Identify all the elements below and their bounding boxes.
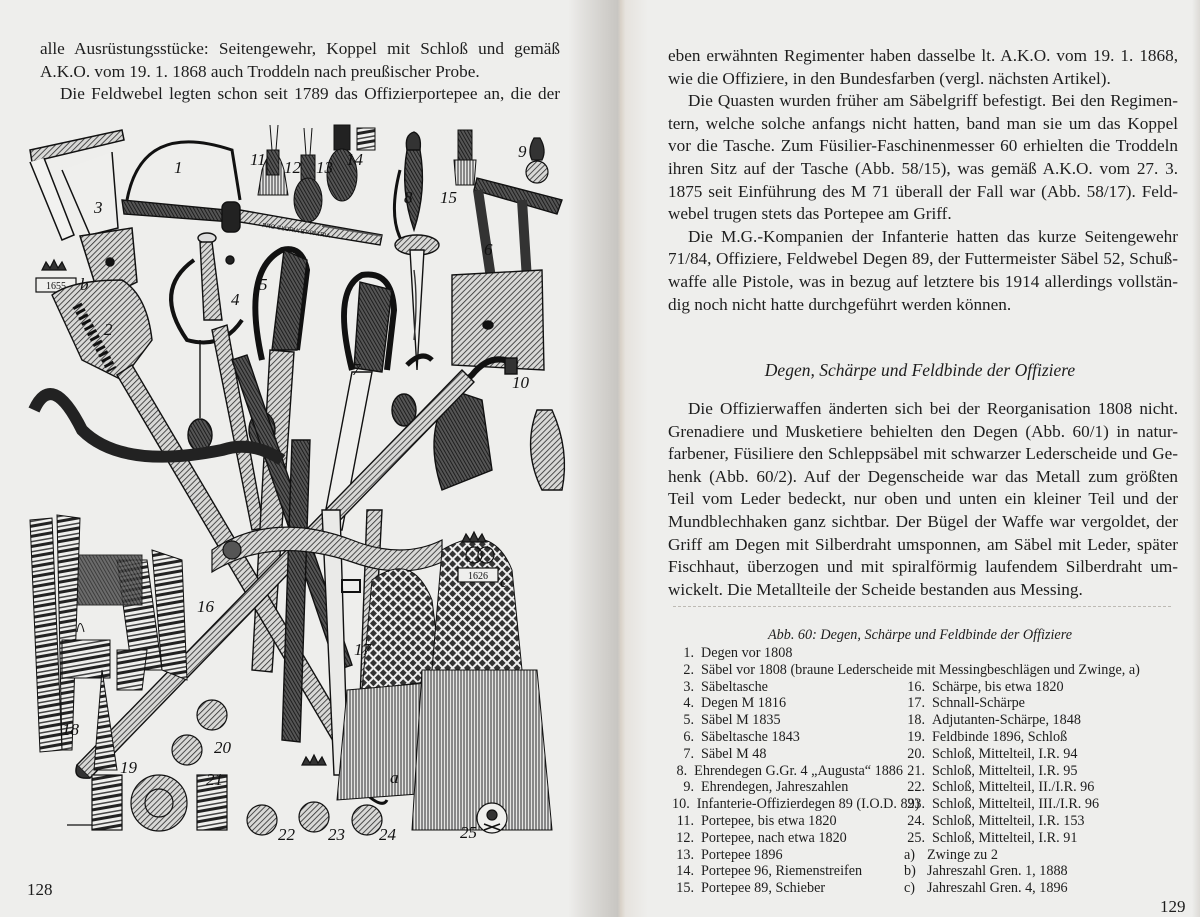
text-line: eben erwähnten Regimenter haben dasselbe…: [668, 45, 1178, 68]
legend-row: 4.Degen M 181617.Schnall-Schärpe: [672, 695, 1192, 712]
text-line: Die Feldwebel legten schon seit 1789 das…: [40, 83, 560, 106]
text-line: Griff am Degen mit Silberdraht umsponnen…: [668, 534, 1178, 557]
legend-text: Säbel vor 1808 (braune Lederscheide mit …: [701, 662, 1140, 679]
figure-label: 6: [484, 240, 493, 260]
legend-text: Jahreszahl Gren. 1, 1888: [927, 863, 1068, 880]
figure-label: 18: [62, 720, 79, 740]
legend-row: 14.Portepee 96, Riemenstreifenb)Jahresza…: [672, 863, 1192, 880]
section-heading: Degen, Schärpe und Feldbinde der Offizie…: [640, 360, 1200, 381]
legend-text: Schnall-Schärpe: [932, 695, 1025, 712]
legend-item: 6.Säbeltasche 1843: [672, 729, 903, 746]
legend-text: Säbeltasche 1843: [701, 729, 800, 746]
page-edge: [1192, 0, 1200, 917]
text-line: vor die Tasche. Zum Füsilier-Faschinenme…: [668, 135, 1178, 158]
legend-number: 22.: [903, 779, 925, 796]
item-6-saebeltasche: [452, 178, 562, 370]
figure-label: 1: [174, 158, 183, 178]
figure-label: 24: [379, 825, 396, 845]
figure-label: 9: [518, 142, 527, 162]
item-9-ehrendegen-pommel: [526, 138, 548, 183]
figure-label: 5: [259, 275, 268, 295]
figure-label: 22: [278, 825, 295, 845]
legend-text: Säbeltasche: [701, 679, 768, 696]
legend-number: 2.: [672, 662, 694, 679]
figure-label: 12: [284, 158, 301, 178]
legend-number: 24.: [903, 813, 925, 830]
legend-number: 19.: [903, 729, 925, 746]
legend-number: 23.: [903, 796, 925, 813]
figure-label: 10: [512, 373, 529, 393]
legend-row: 11.Portepee, bis etwa 182024.Schloß, Mit…: [672, 813, 1192, 830]
legend-text: Schloß, Mittelteil, II./I.R. 96: [932, 779, 1094, 796]
legend-text: Jahreszahl Gren. 4, 1896: [927, 880, 1068, 897]
legend-row: 6.Säbeltasche 184319.Feldbinde 1896, Sch…: [672, 729, 1192, 746]
legend-number: 15.: [672, 880, 694, 897]
legend-number: 9.: [672, 779, 694, 796]
legend-item: 3.Säbeltasche: [672, 679, 903, 696]
text-line: farbener, Füsiliere den Schleppsäbel mit…: [668, 443, 1178, 466]
legend-item: 23.Schloß, Mittelteil, III./I.R. 96: [903, 796, 1099, 813]
page-number-left: 128: [27, 880, 53, 900]
item-8-ehrendegen: [394, 132, 439, 370]
legend-item: b)Jahreszahl Gren. 1, 1888: [903, 863, 1068, 880]
figure-label: 25: [460, 823, 477, 843]
legend-item: 12.Portepee, nach etwa 1820: [672, 830, 903, 847]
item-15-portepee: [454, 130, 476, 185]
left-page: alle Ausrüstungsstücke: Seitengewehr, Ko…: [0, 0, 600, 917]
legend-row: 9.Ehrendegen, Jahreszahlen22.Schloß, Mit…: [672, 779, 1192, 796]
right-page-text-upper: eben erwähnten Regimenter haben dasselbe…: [668, 45, 1178, 316]
legend-text: Schärpe, bis etwa 1820: [932, 679, 1064, 696]
item-19-feldbinde-schloss: [67, 775, 227, 831]
legend-item: 2. Säbel vor 1808 (braune Lederscheide m…: [672, 662, 1192, 679]
text-line: dig noch nicht hatte durchgeführt werden…: [668, 294, 1178, 317]
text-line: tern, welche solche anfangs nicht hatten…: [668, 113, 1178, 136]
item-14-riemenstreifen: [357, 128, 375, 150]
legend-number: c): [903, 880, 923, 897]
text-line: wie die Offiziere, in den Bundesfarben (…: [668, 68, 1178, 91]
legend-number: 14.: [672, 863, 694, 880]
legend-row: 10.Infanterie-Offizierdegen 89 (I.O.D. 8…: [672, 796, 1192, 813]
text-line: Mundblechhaken ganz sichtbar. Der Bügel …: [668, 511, 1178, 534]
figure-label: 19: [120, 758, 137, 778]
weapons-engraving-figure: 1655 PRO GLORIA ET PATRIA: [22, 110, 578, 870]
legend-text: Portepee 1896: [701, 847, 783, 864]
text-line: henk (Abb. 60/2). Auf der Degenscheide w…: [668, 466, 1178, 489]
legend-item: 14.Portepee 96, Riemenstreifen: [672, 863, 903, 880]
legend-row: 8.Ehrendegen G.Gr. 4 „Augusta“ 188621.Sc…: [672, 763, 1192, 780]
figure-label: 23: [328, 825, 345, 845]
figure-legend: 1. Degen vor 1808 2. Säbel vor 1808 (bra…: [672, 645, 1192, 897]
item-20-button: [197, 700, 227, 730]
legend-number: 18.: [903, 712, 925, 729]
legend-item: 19.Feldbinde 1896, Schloß: [903, 729, 1067, 746]
text-line: Die Quasten wurden früher am Säbelgriff …: [668, 90, 1178, 113]
legend-number: 8.: [672, 763, 687, 780]
text-line: Die Offizierwaffen änderten sich bei der…: [668, 398, 1178, 421]
figure-label: 3: [94, 198, 103, 218]
legend-number: b): [903, 863, 923, 880]
text-line: waffe alle Pistole, was in bezug auf let…: [668, 271, 1178, 294]
legend-item: 9.Ehrendegen, Jahreszahlen: [672, 779, 903, 796]
figure-label: b: [80, 275, 89, 295]
figure-label: 21: [206, 770, 223, 790]
legend-text: Säbel M 1835: [701, 712, 781, 729]
legend-row: 15.Portepee 89, Schieberc)Jahreszahl Gre…: [672, 880, 1192, 897]
legend-item: 20.Schloß, Mittelteil, I.R. 94: [903, 746, 1077, 763]
text-line: 71/84, Offiziere, Feldwebel Degen 89, de…: [668, 248, 1178, 271]
legend-number: 25.: [903, 830, 925, 847]
legend-text: Schloß, Mittelteil, I.R. 94: [932, 746, 1077, 763]
figure-label: 16: [197, 597, 214, 617]
legend-item: 16.Schärpe, bis etwa 1820: [903, 679, 1064, 696]
legend-item: 8.Ehrendegen G.Gr. 4 „Augusta“ 1886: [672, 763, 903, 780]
legend-text: Ehrendegen, Jahreszahlen: [701, 779, 848, 796]
legend-text: Portepee, bis etwa 1820: [701, 813, 837, 830]
engraving-illustration: 1655 PRO GLORIA ET PATRIA: [22, 110, 578, 870]
legend-row: 5.Säbel M 183518.Adjutanten-Schärpe, 184…: [672, 712, 1192, 729]
text-line: Teil vom Leder bedeckt, nur oben und unt…: [668, 488, 1178, 511]
legend-number: 3.: [672, 679, 694, 696]
figure-caption-title: Abb. 60: Degen, Schärpe und Feldbinde de…: [640, 627, 1200, 644]
legend-text: Degen vor 1808: [701, 645, 792, 662]
legend-row: 12.Portepee, nach etwa 182025.Schloß, Mi…: [672, 830, 1192, 847]
legend-item: 17.Schnall-Schärpe: [903, 695, 1025, 712]
legend-number: 5.: [672, 712, 694, 729]
legend-number: a): [903, 847, 923, 864]
figure-label: 17: [354, 640, 371, 660]
legend-number: 7.: [672, 746, 694, 763]
left-page-text: alle Ausrüstungsstücke: Seitengewehr, Ko…: [40, 38, 560, 106]
figure-label: a: [390, 768, 399, 788]
legend-number: 21.: [903, 763, 925, 780]
text-line: webel trugen stets das Portepee am Griff…: [668, 203, 1178, 226]
legend-item: a)Zwinge zu 2: [903, 847, 998, 864]
legend-text: Schloß, Mittelteil, I.R. 91: [932, 830, 1077, 847]
text-line: wickelt. Die Metallteile der Scheide bes…: [668, 579, 1178, 602]
svg-text:1626: 1626: [468, 571, 488, 582]
legend-number: 6.: [672, 729, 694, 746]
legend-number: 1.: [672, 645, 694, 662]
legend-text: Portepee 96, Riemenstreifen: [701, 863, 862, 880]
legend-text: Portepee, nach etwa 1820: [701, 830, 847, 847]
legend-item: 15.Portepee 89, Schieber: [672, 880, 903, 897]
legend-text: Portepee 89, Schieber: [701, 880, 825, 897]
right-page-text-lower: Die Offizierwaffen änderten sich bei der…: [668, 398, 1178, 601]
figure-label: 2: [104, 320, 113, 340]
legend-number: 20.: [903, 746, 925, 763]
legend-number: 4.: [672, 695, 694, 712]
page-number-right: 129: [1160, 897, 1186, 917]
figure-label: 8: [404, 188, 413, 208]
legend-item: c)Jahreszahl Gren. 4, 1896: [903, 880, 1068, 897]
legend-text: Schloß, Mittelteil, I.R. 153: [932, 813, 1085, 830]
legend-text: Schloß, Mittelteil, III./I.R. 96: [932, 796, 1099, 813]
text-line: Die M.G.-Kompanien der Infanterie hatten…: [668, 226, 1178, 249]
legend-item: 22.Schloß, Mittelteil, II./I.R. 96: [903, 779, 1094, 796]
figure-label: 15: [440, 188, 457, 208]
text-line: Grenadiere und Musketiere behielten den …: [668, 421, 1178, 444]
book-gutter: [568, 0, 648, 917]
text-line: 1875 seit Einführung des M 71 überall de…: [668, 181, 1178, 204]
legend-row: 7.Säbel M 4820.Schloß, Mittelteil, I.R. …: [672, 746, 1192, 763]
text-line: ihren Sitz auf der Tasche (Abb. 58/15), …: [668, 158, 1178, 181]
legend-text: Degen M 1816: [701, 695, 786, 712]
legend-item: 13.Portepee 1896: [672, 847, 903, 864]
caption-separator: [673, 606, 1171, 607]
figure-label: c: [500, 572, 508, 592]
item-24-button: [352, 805, 382, 835]
legend-number: 11.: [672, 813, 694, 830]
legend-item: 25.Schloß, Mittelteil, I.R. 91: [903, 830, 1077, 847]
legend-item: 5.Säbel M 1835: [672, 712, 903, 729]
legend-text: Feldbinde 1896, Schloß: [932, 729, 1067, 746]
legend-row: 3.Säbeltasche16.Schärpe, bis etwa 1820: [672, 679, 1192, 696]
text-line: Fischhaut, überzogen und mit spiralförmi…: [668, 556, 1178, 579]
legend-item: 1. Degen vor 1808: [672, 645, 1192, 662]
legend-item: 4.Degen M 1816: [672, 695, 903, 712]
text-line: A.K.O. vom 19. 1. 1868 auch Troddeln nac…: [40, 61, 560, 84]
figure-label: 11: [250, 150, 266, 170]
figure-label: 7: [352, 360, 361, 380]
legend-row: 13.Portepee 1896a)Zwinge zu 2: [672, 847, 1192, 864]
legend-text: Infanterie-Offizierdegen 89 (I.O.D. 89): [697, 796, 920, 813]
legend-item: 18.Adjutanten-Schärpe, 1848: [903, 712, 1081, 729]
legend-item: 21.Schloß, Mittelteil, I.R. 95: [903, 763, 1077, 780]
legend-text: Ehrendegen G.Gr. 4 „Augusta“ 1886: [694, 763, 903, 780]
legend-text: Säbel M 48: [701, 746, 766, 763]
figure-label: 20: [214, 738, 231, 758]
figure-label: 14: [346, 150, 363, 170]
legend-number: 17.: [903, 695, 925, 712]
legend-number: 13.: [672, 847, 694, 864]
legend-text: Schloß, Mittelteil, I.R. 95: [932, 763, 1077, 780]
item-22-button: [247, 805, 277, 835]
legend-number: 12.: [672, 830, 694, 847]
item-23-button: [299, 802, 329, 832]
figure-label: 4: [231, 290, 240, 310]
figure-label: 13: [316, 158, 333, 178]
legend-item: 11.Portepee, bis etwa 1820: [672, 813, 903, 830]
legend-text: Zwinge zu 2: [927, 847, 998, 864]
legend-number: 16.: [903, 679, 925, 696]
legend-item: 10.Infanterie-Offizierdegen 89 (I.O.D. 8…: [672, 796, 903, 813]
item-21-button: [172, 735, 202, 765]
legend-number: 10.: [672, 796, 690, 813]
legend-item: 24.Schloß, Mittelteil, I.R. 153: [903, 813, 1085, 830]
legend-item: 7.Säbel M 48: [672, 746, 903, 763]
text-line: alle Ausrüstungsstücke: Seitengewehr, Ko…: [40, 38, 560, 61]
legend-text: Adjutanten-Schärpe, 1848: [932, 712, 1081, 729]
